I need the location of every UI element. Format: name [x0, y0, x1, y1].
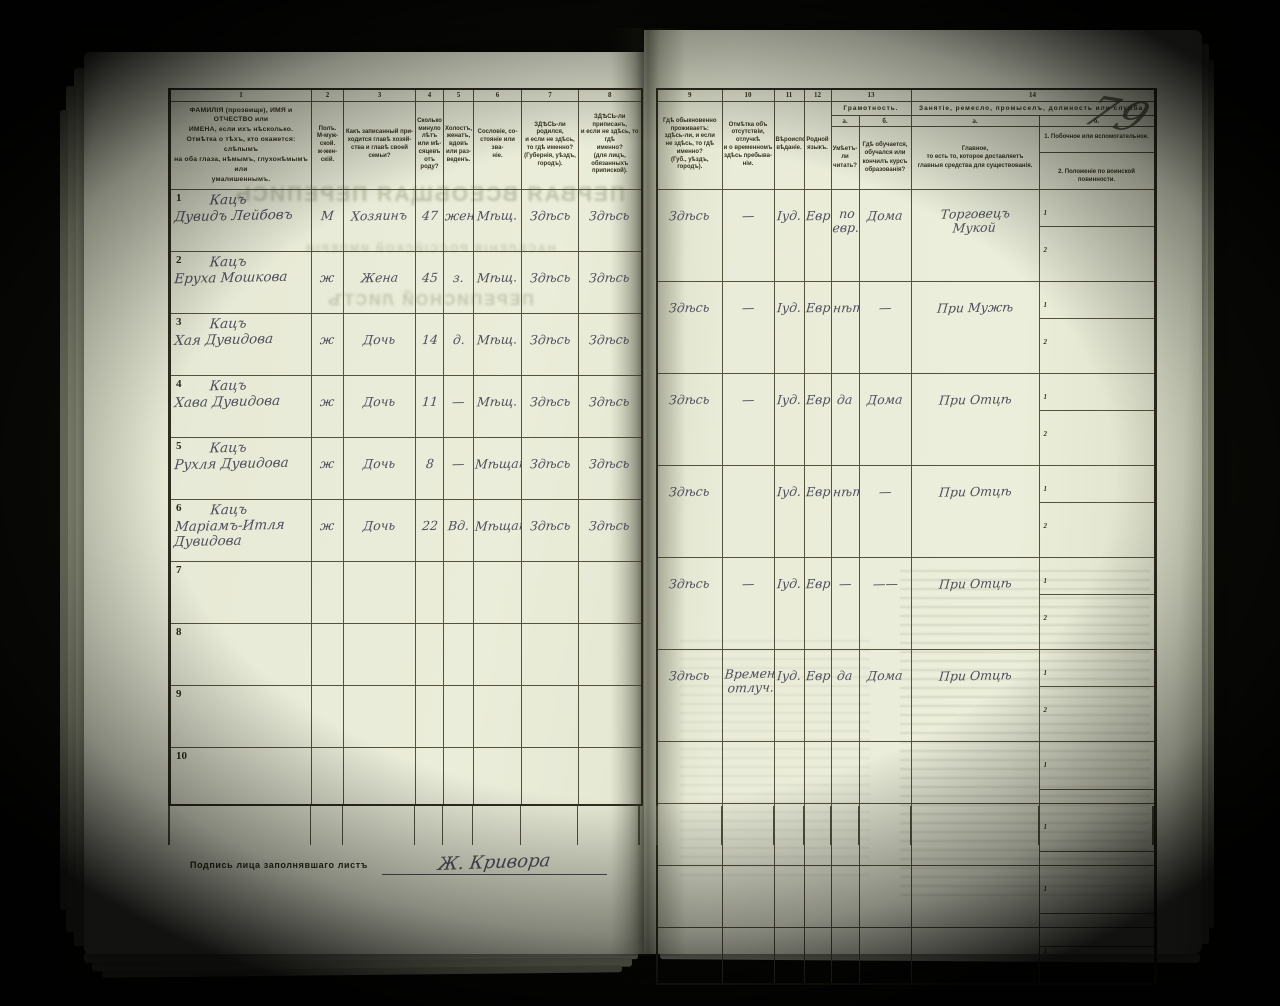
- side-occupation-sub1: 1: [1040, 300, 1154, 319]
- table-cell: Мѣщ.: [474, 189, 522, 251]
- table-cell: [444, 747, 474, 805]
- table-cell: —: [722, 281, 774, 373]
- row-number: 9: [176, 688, 182, 700]
- table-cell: 14: [416, 313, 444, 375]
- table-cell: [312, 561, 344, 623]
- table-row: 6Кацъ Маріамъ-Итля Дувидова ж Дочь 22 Вд…: [170, 499, 642, 561]
- col-number: 4: [416, 89, 444, 101]
- table-cell: [774, 927, 804, 984]
- table-cell: Времен. отлуч.: [722, 649, 774, 741]
- signature-label: Подпись лица заполнявшаго листъ: [190, 860, 368, 870]
- page-stack-edge: [60, 110, 68, 910]
- table-cell: [804, 741, 831, 803]
- table-cell: —: [859, 465, 911, 557]
- table-cell: При Отцѣ: [911, 649, 1039, 741]
- subcell-digit: 2: [1044, 522, 1048, 530]
- table-cell: нѣтъ: [831, 281, 859, 373]
- table-cell: [344, 685, 416, 747]
- table-cell: Здѣсь: [579, 313, 642, 375]
- table-cell: Дочь: [344, 437, 416, 499]
- subcell-digit: 1: [1044, 577, 1048, 585]
- side-occupation-sub2: 2: [1040, 337, 1154, 355]
- name-cell: 5Кацъ Рухля Дувидова: [170, 437, 312, 499]
- table-cell: [657, 865, 722, 927]
- side-occupation-cell: 1 2: [1039, 373, 1155, 465]
- row-number: 10: [176, 750, 187, 762]
- table-cell: [416, 623, 444, 685]
- side-occupation-sub1: 1: [1040, 884, 1154, 915]
- col-header-main-occupation: Главное, то есть то, которое доставляетъ…: [911, 126, 1039, 189]
- col-header-military-status: 2. Положеніе по воинской повинности.: [1040, 162, 1154, 189]
- table-row: 2Кацъ Еруха Мошкова ж Жена 45 з. Мѣщ. Зд…: [170, 251, 642, 313]
- table-cell: [312, 623, 344, 685]
- side-occupation-sub1: 1: [1040, 760, 1154, 791]
- table-cell: Здѣсь: [657, 465, 722, 557]
- table-cell: [831, 741, 859, 803]
- table-cell: 11: [416, 375, 444, 437]
- column-number-row: 1 2 3 4 5 6 7 8: [170, 89, 642, 101]
- table-row: Здѣсь — Іуд. Евр. — —— При Отцѣ 1 2: [657, 557, 1155, 649]
- side-occupation-cell: 1 2: [1039, 927, 1155, 984]
- table-cell: [344, 561, 416, 623]
- table-cell: Іуд.: [774, 557, 804, 649]
- table-cell: —: [722, 557, 774, 649]
- table-cell: ж: [312, 437, 344, 499]
- side-occupation-cell: 1 2: [1039, 189, 1155, 281]
- table-row: Здѣсь — Іуд. Евр. нѣтъ — При Мужѣ 1 2: [657, 281, 1155, 373]
- subcol-label-a: а.: [831, 115, 859, 126]
- table-cell: Дочь: [344, 313, 416, 375]
- table-row: 4Кацъ Хава Дувидова ж Дочь 11 — Мѣщ. Здѣ…: [170, 375, 642, 437]
- table-cell: [859, 865, 911, 927]
- table-cell: 22: [416, 499, 444, 561]
- table-cell: [474, 747, 522, 805]
- table-cell: ж: [312, 251, 344, 313]
- table-cell: да: [831, 373, 859, 465]
- table-cell: [344, 747, 416, 805]
- col-header-residence: Гдѣ обыкновенно проживаетъ: здѣсь-ли, и …: [657, 101, 722, 189]
- table-cell: [722, 927, 774, 984]
- table-row: 1 2: [657, 865, 1155, 927]
- signature-block: Подпись лица заполнявшаго листъЖ. Кривор…: [190, 853, 607, 875]
- table-cell: 47: [416, 189, 444, 251]
- column-number-row: 9 10 11 12 13 14: [657, 89, 1155, 101]
- col-number: 6: [474, 89, 522, 101]
- table-cell: Торговецъ Мукой: [911, 189, 1039, 281]
- col-number: 1: [170, 89, 312, 101]
- table-cell: Здѣсь: [579, 499, 642, 561]
- table-cell: Здѣсь: [579, 437, 642, 499]
- handwritten-name: Кацъ Еруха Мошкова: [174, 252, 290, 286]
- handwritten-name: Кацъ Дувидъ Лейбовъ: [174, 190, 295, 225]
- subcell-digit: 1: [1044, 301, 1048, 309]
- table-cell: ж: [312, 375, 344, 437]
- table-cell: [416, 747, 444, 805]
- table-cell: Здѣсь: [579, 251, 642, 313]
- table-row: 1 2: [657, 741, 1155, 803]
- table-cell: 8: [416, 437, 444, 499]
- table-cell: Здѣсь: [657, 189, 722, 281]
- table-cell: [579, 623, 642, 685]
- table-cell: [774, 741, 804, 803]
- col-header-absence-note: Отмѣтка объ отсутствіи, отлучкѣ и о врем…: [722, 101, 774, 189]
- subcell-digit: 1: [1044, 761, 1048, 769]
- handwritten-name: Кацъ Хая Дувидова: [174, 314, 276, 348]
- side-occupation-cell: 1 2: [1039, 281, 1155, 373]
- table-cell: Мѣщан.: [474, 499, 522, 561]
- name-cell: 7: [170, 561, 312, 623]
- table-cell: [911, 927, 1039, 984]
- handwritten-name: Кацъ Хава Дувидова: [174, 376, 282, 410]
- col-header-relation: Какъ записанный при- ходится главѣ хозяй…: [344, 101, 416, 189]
- table-cell: Мѣщ.: [474, 251, 522, 313]
- table-cell: Мѣщан.: [474, 437, 522, 499]
- col-number: 10: [722, 89, 774, 101]
- table-row: 8: [170, 623, 642, 685]
- table-cell: Здѣсь: [657, 281, 722, 373]
- table-row: 9: [170, 685, 642, 747]
- page-stack-edge: [1208, 60, 1214, 928]
- side-occupation-cell: 1 2: [1039, 649, 1155, 741]
- subcell-digit: 1: [1044, 947, 1048, 955]
- table-cell: Евр.: [804, 281, 831, 373]
- table-cell: [344, 623, 416, 685]
- table-cell: [522, 561, 579, 623]
- table-cell: Евр.: [804, 189, 831, 281]
- table-cell: —: [444, 437, 474, 499]
- table-cell: Дочь: [344, 499, 416, 561]
- column-header-row: ФАМИЛІЯ (прозвище), ИМЯ и ОТЧЕСТВО или И…: [170, 101, 642, 189]
- col-number: 11: [774, 89, 804, 101]
- subcell-digit: 1: [1044, 485, 1048, 493]
- subcol-label-b: б.: [859, 115, 911, 126]
- table-cell: Здѣсь: [522, 437, 579, 499]
- subcell-digit: 2: [1044, 338, 1048, 346]
- col-header-sex: Полъ. М-муж- ской. ж-жен- скій.: [312, 101, 344, 189]
- col-header-marital: Холостъ, женатъ, вдовъ или раз- веденъ.: [444, 101, 474, 189]
- table-cell: ж: [312, 313, 344, 375]
- side-occupation-sub1: 1: [1040, 484, 1154, 503]
- table-cell: Здѣсь: [522, 313, 579, 375]
- col-header-language: Родной языкъ.: [804, 101, 831, 189]
- table-cell: Іуд.: [774, 465, 804, 557]
- col-header-age: Сколько минуло лѣтъ или мѣ- сяцевъ отъ р…: [416, 101, 444, 189]
- col-header-estate: Сословіе, со- стояніе или зва- ніе.: [474, 101, 522, 189]
- table-cell: Іуд.: [774, 281, 804, 373]
- handwritten-name: Кацъ Рухля Дувидова: [174, 438, 291, 472]
- table-cell: [657, 927, 722, 984]
- col-header-born-here: ЗДѢСЬ-ли родился, и если не здѣсь, то гд…: [522, 101, 579, 189]
- subcell-digit: 1: [1044, 393, 1048, 401]
- table-cell: ж: [312, 499, 344, 561]
- table-cell: [859, 741, 911, 803]
- table-cell: Здѣсь: [579, 189, 642, 251]
- table-cell: Евр.: [804, 557, 831, 649]
- side-occupation-cell: 1 2: [1039, 741, 1155, 803]
- subcell-digit: 2: [1044, 246, 1048, 254]
- side-occupation-cell: 1 2: [1039, 865, 1155, 927]
- table-cell: [312, 747, 344, 805]
- side-occupation-sub2: 2: [1040, 245, 1154, 263]
- table-row: 10: [170, 747, 642, 805]
- table-cell: з.: [444, 251, 474, 313]
- table-cell: Здѣсь: [522, 499, 579, 561]
- table-cell: Здѣсь: [522, 251, 579, 313]
- table-cell: [579, 747, 642, 805]
- table-cell: ——: [859, 557, 911, 649]
- col-header-surname: ФАМИЛІЯ (прозвище), ИМЯ и ОТЧЕСТВО или И…: [170, 101, 312, 189]
- table-cell: При Мужѣ: [911, 281, 1039, 373]
- table-cell: [722, 865, 774, 927]
- table-cell: [804, 865, 831, 927]
- table-cell: [831, 865, 859, 927]
- table-cell: [579, 561, 642, 623]
- table-cell: [522, 623, 579, 685]
- col-number: 12: [804, 89, 831, 101]
- table-cell: —: [444, 375, 474, 437]
- subcell-digit: 1: [1044, 209, 1048, 217]
- side-occupation-sub1: 1: [1040, 208, 1154, 227]
- table-row: Здѣсь Времен. отлуч. Іуд. Евр. да Дома П…: [657, 649, 1155, 741]
- table-cell: Жена: [344, 251, 416, 313]
- subcell-digit: 2: [1044, 966, 1048, 974]
- table-cell: —: [722, 189, 774, 281]
- table-cell: При Отцѣ: [911, 465, 1039, 557]
- side-occupation-sub1: 1: [1040, 576, 1154, 595]
- subcell-digit: 1: [1044, 669, 1048, 677]
- handwritten-signature: Ж. Кривора: [437, 851, 552, 876]
- table-cell: Дочь: [344, 375, 416, 437]
- subcell-digit: 1: [1044, 885, 1048, 893]
- col-number: 3: [344, 89, 416, 101]
- table-cell: —: [831, 557, 859, 649]
- col-header-registered-here: ЗДѢСЬ-ли приписанъ, и если не здѣсь, то …: [579, 101, 642, 189]
- table-cell: Дома: [859, 373, 911, 465]
- name-cell: 4Кацъ Хава Дувидова: [170, 375, 312, 437]
- table-row: 3Кацъ Хая Дувидова ж Дочь 14 д. Мѣщ. Здѣ…: [170, 313, 642, 375]
- table-cell: [804, 927, 831, 984]
- table-cell: —: [859, 281, 911, 373]
- name-cell: 8: [170, 623, 312, 685]
- row-number: 8: [176, 626, 182, 638]
- handwritten-name: Кацъ Маріамъ-Итля Дувидова: [173, 500, 287, 550]
- row-number: 7: [176, 564, 182, 576]
- table-cell: по евр.: [831, 189, 859, 281]
- table-cell: Іуд.: [774, 189, 804, 281]
- table-cell: При Отцѣ: [911, 373, 1039, 465]
- table-cell: [722, 741, 774, 803]
- table-cell: [722, 465, 774, 557]
- table-cell: Вд.: [444, 499, 474, 561]
- table-row: 1 2: [657, 927, 1155, 984]
- table-cell: [579, 685, 642, 747]
- name-cell: 9: [170, 685, 312, 747]
- table-row: Здѣсь — Іуд. Евр. да Дома При Отцѣ 1 2: [657, 373, 1155, 465]
- col-number: 2: [312, 89, 344, 101]
- table-cell: М: [312, 189, 344, 251]
- table-cell: Евр.: [804, 373, 831, 465]
- name-cell: 6Кацъ Маріамъ-Итля Дувидова: [170, 499, 312, 561]
- table-cell: Здѣсь: [657, 373, 722, 465]
- subcol-label-a: а.: [911, 115, 1039, 126]
- table-row: Здѣсь — Іуд. Евр. по евр. Дома Торговецъ…: [657, 189, 1155, 281]
- subcell-digit: 2: [1044, 614, 1048, 622]
- table-cell: Іуд.: [774, 649, 804, 741]
- side-occupation-sub1: 1: [1040, 668, 1154, 687]
- col-header-religion: Вѣроиспо- вѣданіе.: [774, 101, 804, 189]
- table-cell: [312, 685, 344, 747]
- col-number: 7: [522, 89, 579, 101]
- side-occupation-sub2: 2: [1040, 429, 1154, 447]
- table-cell: [831, 927, 859, 984]
- table-cell: Дома: [859, 649, 911, 741]
- name-cell: 2Кацъ Еруха Мошкова: [170, 251, 312, 313]
- table-cell: Здѣсь: [657, 557, 722, 649]
- table-cell: При Отцѣ: [911, 557, 1039, 649]
- side-occupation-sub1: 1: [1040, 946, 1154, 947]
- col-number: 5: [444, 89, 474, 101]
- table-row: Здѣсь Іуд. Евр. нѣтъ — При Отцѣ 1 2: [657, 465, 1155, 557]
- table-cell: Хозяинъ: [344, 189, 416, 251]
- table-cell: —: [722, 373, 774, 465]
- table-cell: нѣтъ: [831, 465, 859, 557]
- table-cell: [474, 561, 522, 623]
- side-occupation-sub2: 2: [1040, 705, 1154, 723]
- table-cell: да: [831, 649, 859, 741]
- table-cell: [859, 927, 911, 984]
- side-occupation-cell: 1 2: [1039, 557, 1155, 649]
- table-cell: [911, 741, 1039, 803]
- census-book-scan: { "columns": [ {"num":"1","title":"ФАМИЛ…: [0, 0, 1280, 1006]
- table-cell: Здѣсь: [522, 375, 579, 437]
- side-occupation-sub2: 2: [1040, 613, 1154, 631]
- table-cell: [474, 623, 522, 685]
- table-cell: Мѣщ.: [474, 313, 522, 375]
- subcell-digit: 2: [1044, 706, 1048, 714]
- table-cell: Мѣщ.: [474, 375, 522, 437]
- col-number: 13: [831, 89, 911, 101]
- table-cell: Евр.: [804, 649, 831, 741]
- table-cell: [416, 561, 444, 623]
- col-header-literacy: Грамотность.: [831, 101, 911, 115]
- table-cell: [911, 865, 1039, 927]
- table-cell: [416, 685, 444, 747]
- table-cell: д.: [444, 313, 474, 375]
- column-header-row: Гдѣ обыкновенно проживаетъ: здѣсь-ли, и …: [657, 101, 1155, 115]
- table-cell: Дома: [859, 189, 911, 281]
- table-cell: Здѣсь: [579, 375, 642, 437]
- table-cell: [522, 685, 579, 747]
- col-number: 9: [657, 89, 722, 101]
- table-cell: [444, 623, 474, 685]
- col-number: 8: [579, 89, 642, 101]
- table-cell: [444, 685, 474, 747]
- table-cell: [522, 747, 579, 805]
- table-row: 1Кацъ Дувидъ Лейбовъ М Хозяинъ 47 жен. М…: [170, 189, 642, 251]
- column-rule-overrun: [168, 806, 640, 845]
- name-cell: 10: [170, 747, 312, 805]
- table-cell: 45: [416, 251, 444, 313]
- side-occupation-sub1: 1: [1040, 392, 1154, 411]
- table-cell: Евр.: [804, 465, 831, 557]
- table-row: 7: [170, 561, 642, 623]
- table-cell: [444, 561, 474, 623]
- name-cell: 3Кацъ Хая Дувидова: [170, 313, 312, 375]
- signature-underline: Ж. Кривора: [382, 853, 607, 875]
- census-table-left-page: 1 2 3 4 5 6 7 8 ФАМИЛІЯ (прозвище), ИМЯ …: [168, 88, 643, 806]
- table-cell: [474, 685, 522, 747]
- table-cell: Іуд.: [774, 373, 804, 465]
- side-occupation-cell: 1 2: [1039, 465, 1155, 557]
- col-header-where-educated: Гдѣ обучается, обучался или кончилъ курс…: [859, 126, 911, 189]
- table-row: 5Кацъ Рухля Дувидова ж Дочь 8 — Мѣщан. З…: [170, 437, 642, 499]
- table-cell: Здѣсь: [657, 649, 722, 741]
- census-table-right-page: 9 10 11 12 13 14 Гдѣ обыкновенно прожива…: [656, 88, 1157, 985]
- col-header-can-read: Умѣетъ- ли читать?: [831, 126, 859, 189]
- name-cell: 1Кацъ Дувидъ Лейбовъ: [170, 189, 312, 251]
- side-occupation-sub2: 2: [1040, 521, 1154, 539]
- table-cell: жен.: [444, 189, 474, 251]
- subcell-digit: 2: [1044, 430, 1048, 438]
- table-cell: Здѣсь: [522, 189, 579, 251]
- column-rule-overrun: [656, 806, 1154, 845]
- table-cell: [774, 865, 804, 927]
- table-cell: [657, 741, 722, 803]
